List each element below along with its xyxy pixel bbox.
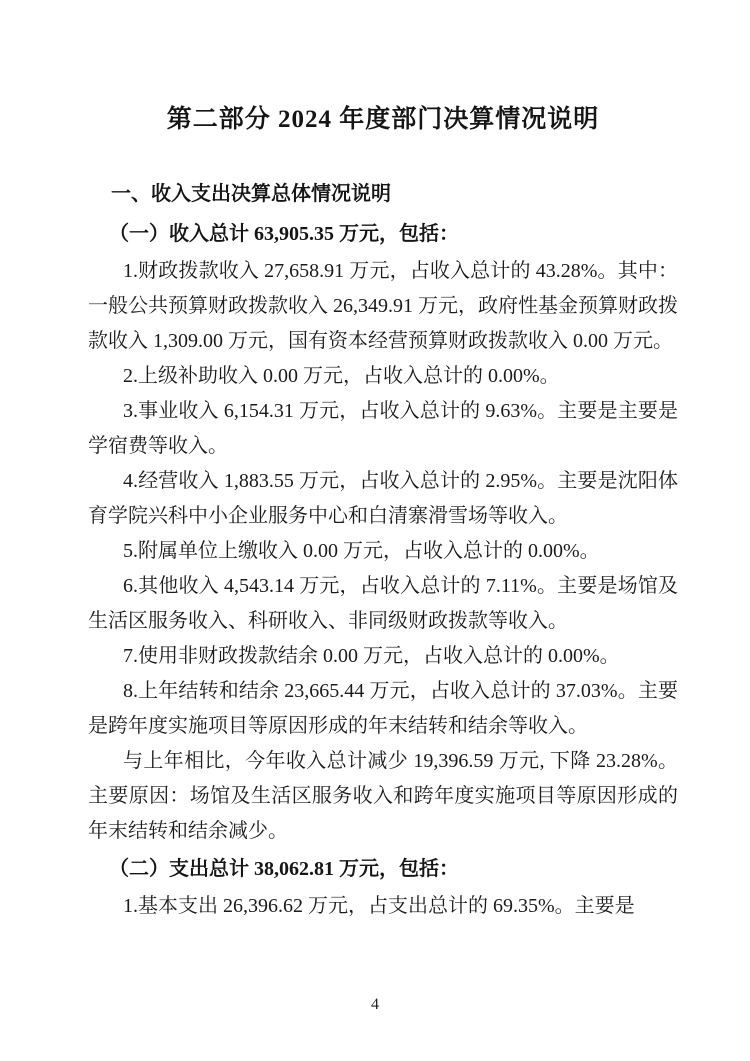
income-total-heading: （一）收入总计 63,905.35 万元，包括： (88, 214, 678, 254)
income-paragraph-5: 5.附属单位上缴收入 0.00 万元，占收入总计的 0.00%。 (88, 534, 678, 569)
expense-paragraph-1: 1.基本支出 26,396.62 万元，占支出总计的 69.35%。主要是 (88, 889, 678, 924)
section-heading-income-expense-overview: 一、收入支出决算总体情况说明 (88, 174, 678, 214)
income-paragraph-3: 3.事业收入 6,154.31 万元，占收入总计的 9.63%。主要是主要是学宿… (88, 394, 678, 464)
income-paragraph-8: 8.上年结转和结余 23,665.44 万元，占收入总计的 37.03%。主要是… (88, 674, 678, 744)
document-title: 第二部分 2024 年度部门决算情况说明 (88, 102, 678, 138)
page-number: 4 (0, 996, 750, 1014)
income-paragraph-1: 1.财政拨款收入 27,658.91 万元，占收入总计的 43.28%。其中：一… (88, 254, 678, 359)
income-paragraph-2: 2.上级补助收入 0.00 万元，占收入总计的 0.00%。 (88, 359, 678, 394)
document-page: 第二部分 2024 年度部门决算情况说明 一、收入支出决算总体情况说明 （一）收… (0, 0, 750, 1061)
income-comparison-paragraph: 与上年相比，今年收入总计减少 19,396.59 万元, 下降 23.28%。主… (88, 744, 678, 849)
income-paragraph-4: 4.经营收入 1,883.55 万元，占收入总计的 2.95%。主要是沈阳体育学… (88, 464, 678, 534)
income-paragraph-7: 7.使用非财政拨款结余 0.00 万元，占收入总计的 0.00%。 (88, 639, 678, 674)
income-paragraph-6: 6.其他收入 4,543.14 万元，占收入总计的 7.11%。主要是场馆及生活… (88, 569, 678, 639)
expense-total-heading: （二）支出总计 38,062.81 万元，包括： (88, 849, 678, 889)
